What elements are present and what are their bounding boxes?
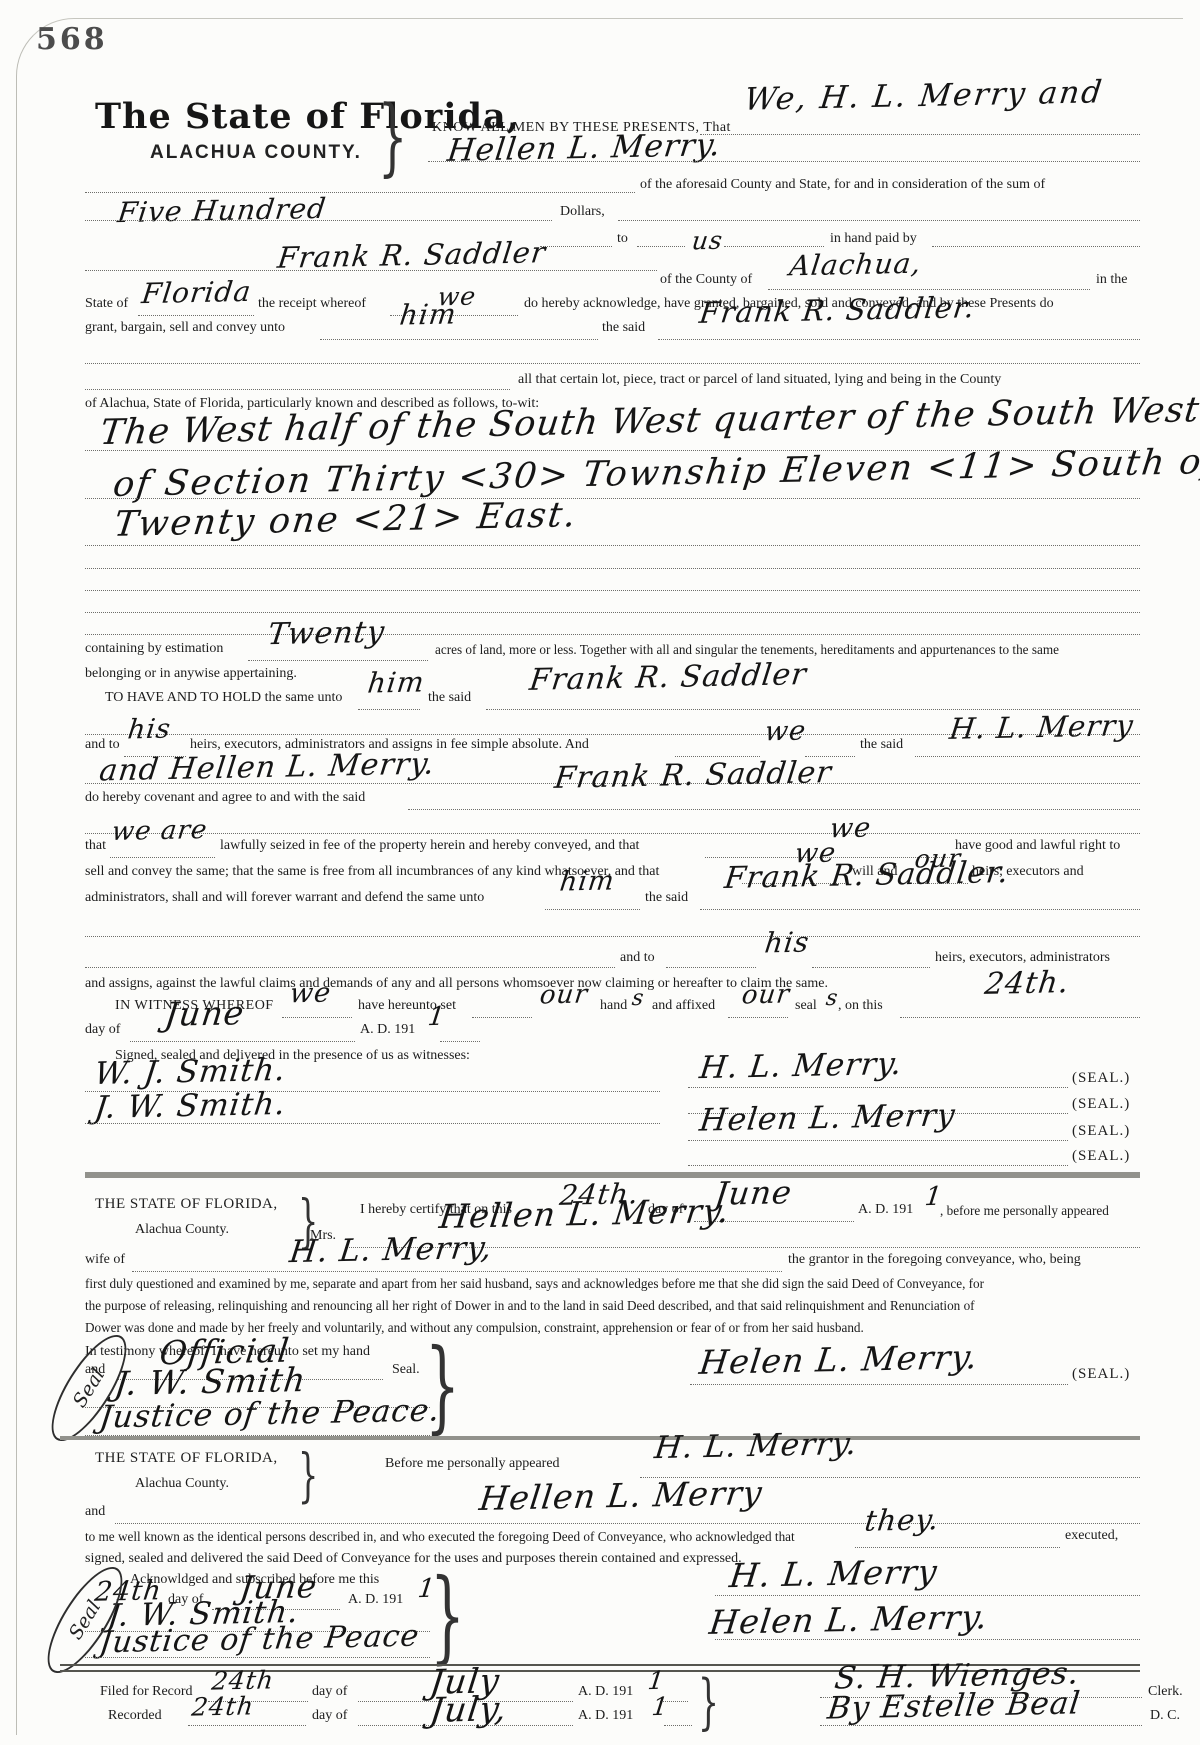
ack2-signature-2: Helen L. Merry. [707, 1597, 990, 1642]
ad-191-label: A. D. 191 [578, 1684, 633, 1700]
seal-label: (SEAL.) [1072, 1096, 1130, 1113]
before-appeared-text: Before me personally appeared [385, 1456, 560, 1472]
seized-text: lawfully seized in fee of the property h… [220, 838, 639, 854]
recorded-day-handwriting: 24th [190, 1691, 256, 1721]
grantee-handwriting-4: Frank R. Saddler [553, 755, 834, 796]
seal-label: (SEAL.) [1072, 1123, 1130, 1140]
dotted-line [85, 388, 510, 390]
dotted-line [618, 219, 1140, 221]
deputy-signature: By Estelle Beal [826, 1685, 1083, 1726]
containing-text: containing by estimation [85, 641, 223, 657]
dotted-line [428, 160, 1140, 162]
before-me-text: , before me personally appeared [940, 1203, 1109, 1219]
ad-191-label: A. D. 191 [360, 1022, 415, 1038]
heirs-text-3: heirs, executors, administrators [935, 950, 1110, 966]
grantee-handwriting-2: Frank R. Saddler. [698, 290, 977, 330]
and-to-text: and to [85, 737, 120, 753]
dotted-line [724, 245, 824, 247]
dotted-line [932, 245, 1140, 247]
ad-191-label: A. D. 191 [858, 1202, 913, 1218]
seal-label: (SEAL.) [1072, 1070, 1130, 1087]
page-number: 568 [36, 22, 108, 57]
appeared-name-1-handwriting: H. L. Merry. [653, 1426, 860, 1466]
dotted-line [408, 808, 1140, 810]
acreage-handwriting: Twenty [266, 615, 387, 652]
receipt-text: the receipt whereof [258, 296, 366, 312]
exec-year-handwriting: 1 [426, 1002, 447, 1032]
exec-month-handwriting: June [163, 993, 247, 1034]
executed-text: executed, [1065, 1528, 1118, 1544]
day-of-label: day of [312, 1708, 347, 1724]
dotted-line [688, 1164, 1068, 1166]
dotted-line [188, 1724, 306, 1726]
grantor-text: the grantor in the foregoing conveyance,… [788, 1252, 1081, 1268]
dotted-line [85, 544, 1140, 546]
of-county-text: of the County of [660, 272, 752, 288]
in-the-text: in the [1096, 272, 1128, 288]
dower-signature: Helen L. Merry. [697, 1337, 980, 1382]
hand-label: hand [600, 998, 627, 1014]
deputy-clerk-label: D. C. [1150, 1708, 1180, 1724]
brace: } [698, 1672, 719, 1732]
dotted-line [85, 589, 1140, 591]
seal-stamp-text: Seal [69, 1365, 110, 1412]
dotted-line [688, 1139, 1068, 1141]
we-handwriting-2: we [763, 716, 808, 748]
dotted-line [855, 1546, 1060, 1548]
day-of-label: day of [312, 1684, 347, 1700]
seal-stamp-text: Seal [65, 1597, 106, 1644]
dotted-line [768, 288, 1090, 290]
our-handwriting-3: our [740, 980, 792, 1011]
county-title: ALACHUA COUNTY. [150, 142, 362, 164]
in-hand-text: in hand paid by [830, 231, 917, 247]
him-handwriting-3: him [558, 865, 616, 897]
dotted-line [138, 314, 254, 316]
clerk-label: Clerk. [1148, 1684, 1183, 1700]
belonging-text: belonging or in anywise appertaining. [85, 666, 297, 682]
dotted-line [820, 1724, 1142, 1726]
that-label: that [85, 838, 106, 854]
dotted-line [320, 338, 598, 340]
deed-record-page: 568 The State of Florida, ALACHUA COUNTY… [0, 0, 1200, 1745]
recorded-year-handwriting: 1 [650, 1692, 670, 1721]
dotted-line [85, 832, 1140, 834]
dower-paragraph-2: the purpose of releasing, relinquishing … [85, 1298, 975, 1314]
dotted-line [715, 1638, 1140, 1640]
we-are-handwriting: we are [110, 815, 209, 847]
dower-paragraph-1: first duly questioned and examined by me… [85, 1276, 984, 1292]
lawful-right-text: have good and lawful right to [955, 838, 1120, 854]
dotted-line [85, 269, 657, 271]
well-known-text: to me well known as the identical person… [85, 1529, 795, 1545]
dotted-line [666, 966, 756, 968]
dotted-line [700, 908, 1140, 910]
seal-label: (SEAL.) [1072, 1148, 1130, 1165]
wife-of-label: wife of [85, 1252, 125, 1268]
dotted-line [812, 966, 930, 968]
dotted-line [690, 1383, 1068, 1385]
dotted-line [110, 856, 215, 858]
dollars-label: Dollars, [560, 204, 605, 220]
dotted-line [472, 1016, 532, 1018]
dotted-line [85, 966, 615, 968]
filed-for-record-label: Filed for Record [100, 1684, 193, 1700]
state-handwriting: Florida [140, 275, 253, 310]
grantor-signature-2: Helen L. Merry [698, 1097, 958, 1138]
and-to-text-2: and to [620, 950, 655, 966]
to-have-text: TO HAVE AND TO HOLD the same unto [105, 690, 342, 706]
dotted-line [664, 1724, 692, 1726]
dower-state-heading: THE STATE OF FLORIDA, [95, 1196, 278, 1213]
dotted-line [658, 338, 1140, 340]
seal-word-label: Seal. [392, 1362, 420, 1378]
ack2-signature-1: H. L. Merry [727, 1552, 939, 1595]
section-divider [60, 1436, 1140, 1440]
exec-day-handwriting: 24th. [983, 965, 1072, 1002]
amount-handwriting: Five Hundred [116, 192, 328, 229]
dotted-line [637, 245, 685, 247]
dotted-line [728, 1016, 788, 1018]
the-said-text: the said [645, 890, 688, 906]
the-said-text: the said [428, 690, 471, 706]
county-handwriting: Alachua, [788, 247, 924, 283]
filed-year-handwriting: 1 [646, 1666, 666, 1695]
brace: } [298, 1446, 318, 1504]
seal-label: (SEAL.) [1072, 1366, 1130, 1383]
grantee-handwriting-3: Frank R. Saddler [528, 657, 809, 698]
dotted-line [248, 659, 428, 661]
dotted-line [282, 1016, 352, 1018]
grantor-name-handwriting: H. L. Merry [948, 708, 1136, 746]
notary-title-handwriting: Justice of the Peace. [97, 1392, 442, 1435]
grant-unto-text: grant, bargain, sell and convey unto [85, 320, 285, 336]
dotted-line [85, 191, 635, 193]
appeared-name-2-handwriting: Hellen L. Merry [477, 1473, 765, 1518]
day-of-label: day of [85, 1022, 120, 1038]
dotted-line [85, 567, 1140, 569]
they-handwriting: they. [863, 1502, 942, 1538]
dotted-line [900, 1016, 1140, 1018]
all-that-text: all that certain lot, piece, tract or pa… [518, 372, 1001, 388]
the-said-text: the said [602, 320, 645, 336]
dotted-line [130, 1040, 355, 1042]
our-handwriting-2: our [538, 980, 590, 1011]
covenant-text: do hereby covenant and agree to and with… [85, 790, 365, 806]
dotted-line [85, 935, 1140, 937]
dotted-line [85, 219, 552, 221]
and-label: and [85, 1504, 105, 1520]
his-handwriting-1: his [126, 714, 173, 746]
dotted-line [85, 633, 1140, 635]
dotted-line [115, 1522, 1140, 1524]
identity-county-heading: Alachua County. [135, 1476, 229, 1492]
husband-name-handwriting: H. L. Merry, [288, 1230, 495, 1270]
dotted-line [540, 245, 612, 247]
state-of-label: State of [85, 296, 128, 312]
notary-title-handwriting-2: Justice of the Peace [97, 1619, 421, 1661]
dotted-line [545, 908, 640, 910]
ad-191-label: A. D. 191 [348, 1592, 403, 1608]
aforesaid-text: of the aforesaid County and State, for a… [640, 177, 1045, 193]
recorded-month-handwriting: July, [428, 1689, 510, 1731]
brace: } [378, 94, 407, 178]
identity-state-heading: THE STATE OF FLORIDA, [95, 1450, 278, 1467]
paid-to-handwriting: us [690, 226, 724, 256]
dotted-line [85, 611, 1140, 613]
signed-sealed-text: signed, sealed and delivered the said De… [85, 1551, 742, 1567]
dotted-line [440, 1040, 480, 1042]
the-said-text: the said [860, 737, 903, 753]
grantors-handwriting-1: We, H. L. Merry and [742, 74, 1105, 117]
ad-191-label: A. D. 191 [578, 1708, 633, 1724]
seal-word-label: seal [795, 998, 817, 1014]
dower-county-heading: Alachua County. [135, 1222, 229, 1238]
dotted-line [715, 1594, 1140, 1596]
his-handwriting-2: his [763, 926, 811, 960]
to-label: to [617, 231, 628, 247]
acres-text: acres of land, more or less. Together wi… [435, 642, 1059, 658]
him-handwriting-2: him [366, 665, 427, 699]
claims-text: and assigns, against the lawful claims a… [85, 976, 828, 992]
dotted-line [700, 133, 1140, 135]
dotted-line [85, 1656, 430, 1658]
dotted-line [915, 755, 1140, 757]
witness-signature-2: J. W. Smith. [93, 1086, 289, 1126]
dotted-line [688, 1086, 1068, 1088]
dotted-line [85, 362, 1140, 364]
grantors-handwriting-2: Hellen L. Merry. [445, 127, 723, 169]
on-this-text: , on this [838, 998, 883, 1014]
dotted-line [85, 1122, 660, 1124]
grantee-handwriting-5: Frank R. Saddler. [723, 855, 1011, 896]
ack2-year-handwriting: 1 [416, 1574, 437, 1604]
we-handwriting-5: we [288, 978, 333, 1010]
dotted-line [85, 497, 1140, 499]
grantor-signature-1: H. L. Merry. [698, 1046, 905, 1086]
recorded-label: Recorded [108, 1708, 162, 1724]
warrant-text: administrators, shall and will forever w… [85, 890, 484, 906]
dotted-line [132, 1270, 782, 1272]
dotted-line [358, 708, 420, 710]
him-handwriting-1: him [398, 297, 459, 331]
and-affixed-text: and affixed [652, 998, 715, 1014]
